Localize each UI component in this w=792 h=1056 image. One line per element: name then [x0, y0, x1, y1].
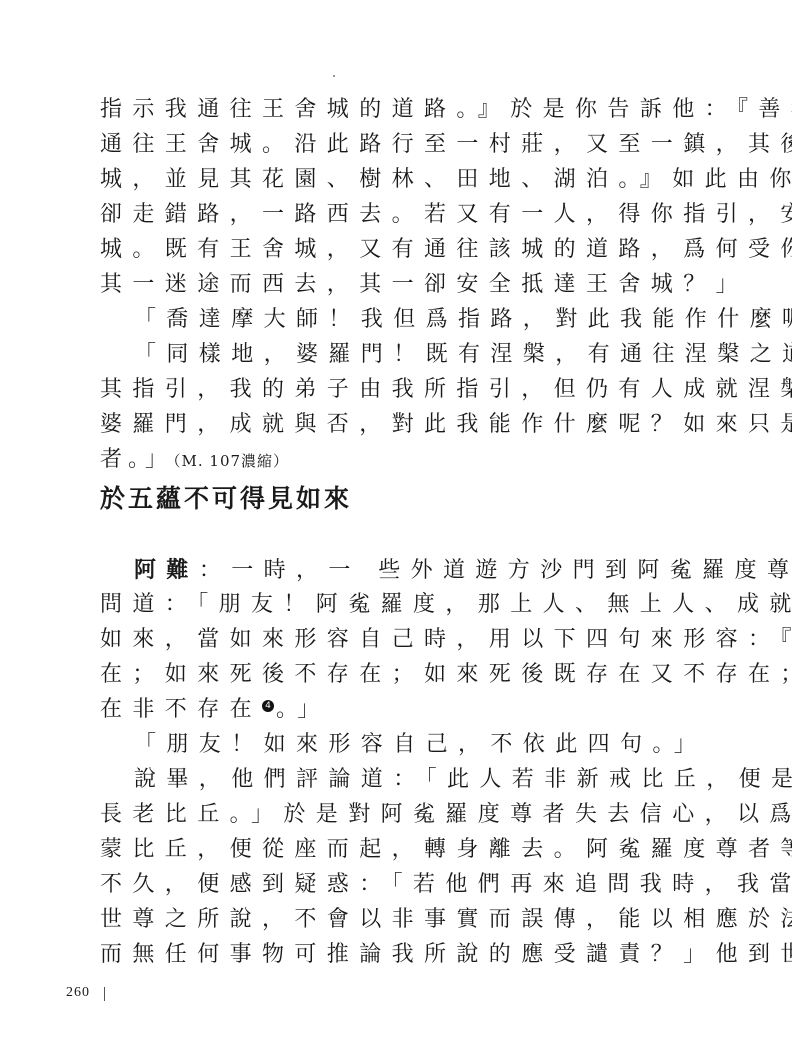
speaker-name: 阿難	[134, 557, 199, 583]
text-line: 城。既有王舍城，又有通往該城的道路，爲何受你指引的兩人，	[100, 236, 700, 264]
text-line: 阿難：一時，一 些外道遊方沙門到阿㝹羅度尊者處，向其	[134, 556, 700, 585]
page-number: 260	[66, 985, 90, 1001]
text-line: 「朋友！如來形容自己，不依此四句。」	[134, 731, 734, 759]
text-line: 其指引，我的弟子由我所指引，但仍有人成就涅槃，有人則否。	[100, 376, 700, 404]
book-page: 指示我通往王舍城的道路。』於是你告訴他：『善者！這條道路 通往王舍城。沿此路行至…	[0, 0, 792, 1056]
citation: （M. 107濃縮）	[173, 452, 289, 470]
text-line: 城，並見其花園、樹林、田地、湖泊。』如此由你指引之後，他	[100, 166, 700, 194]
text-fragment: 。」	[276, 697, 330, 722]
text-line: 其一迷途而西去，其一卻安全抵達王舍城？」	[100, 271, 700, 299]
text-fragment: ：一時，一 些外道遊方沙門到阿㝹羅度尊者處，向其	[199, 558, 792, 583]
text-line: 如來，當如來形容自己時，用以下四句來形容：『如來死後存	[100, 626, 700, 654]
text-line: 世尊之所說，不會以非事實而誤傳，能以相應於法的見解陳述，	[100, 906, 700, 934]
text-line: 婆羅門，成就與否，對此我能作什麼呢？如來只是指示道路	[100, 411, 700, 439]
text-line: 長老比丘。」於是對阿㝹羅度尊者失去信心，以爲他是新戒、愚	[100, 801, 700, 829]
text-line: 問道：「朋友！阿㝹羅度，那上人、無上人、成就無上成就者之	[100, 591, 700, 619]
text-fragment: 在非不存在	[100, 697, 262, 722]
text-line: 通往王舍城。沿此路行至一村莊，又至一鎮，其後便可見王舍大	[100, 131, 700, 159]
text-line: 卻走錯路，一路西去。若又有一人，得你指引，安全抵達王舍大	[100, 201, 700, 229]
text-line: 「喬達摩大師！我但爲指路，對此我能作什麼呢？」	[134, 306, 734, 334]
text-line: 說畢，他們評論道：「此人若非新戒比丘，便是愚蒙無能的	[134, 766, 734, 794]
text-line: 在；如來死後不存在；如來死後既存在又不存在；如來死後非存	[100, 661, 700, 689]
text-line: 蒙比丘，便從座而起，轉身離去。阿㝹羅度尊者等他們離去之後	[100, 836, 700, 864]
section-heading: 於五蘊不可得見如來	[100, 482, 352, 516]
text-fragment: 者。」	[100, 447, 173, 472]
text-line: 指示我通往王舍城的道路。』於是你告訴他：『善者！這條道路	[100, 96, 700, 124]
text-line: 「同樣地，婆羅門！既有涅槃，有通往涅槃之道，又有我爲	[134, 341, 734, 369]
text-line: 而無任何事物可推論我所說的應受譴責？」他到世尊處，向世尊	[100, 941, 700, 969]
scan-speck	[333, 75, 335, 77]
text-line: 在非不存在4。」	[100, 696, 700, 724]
text-line: 者。」（M. 107濃縮）	[100, 446, 700, 475]
text-line: 不久，便感到疑惑：「若他們再來追問我時，我當如何作答，說	[100, 871, 700, 899]
footnote-marker[interactable]: 4	[262, 700, 274, 712]
page-number-divider	[104, 987, 105, 1001]
